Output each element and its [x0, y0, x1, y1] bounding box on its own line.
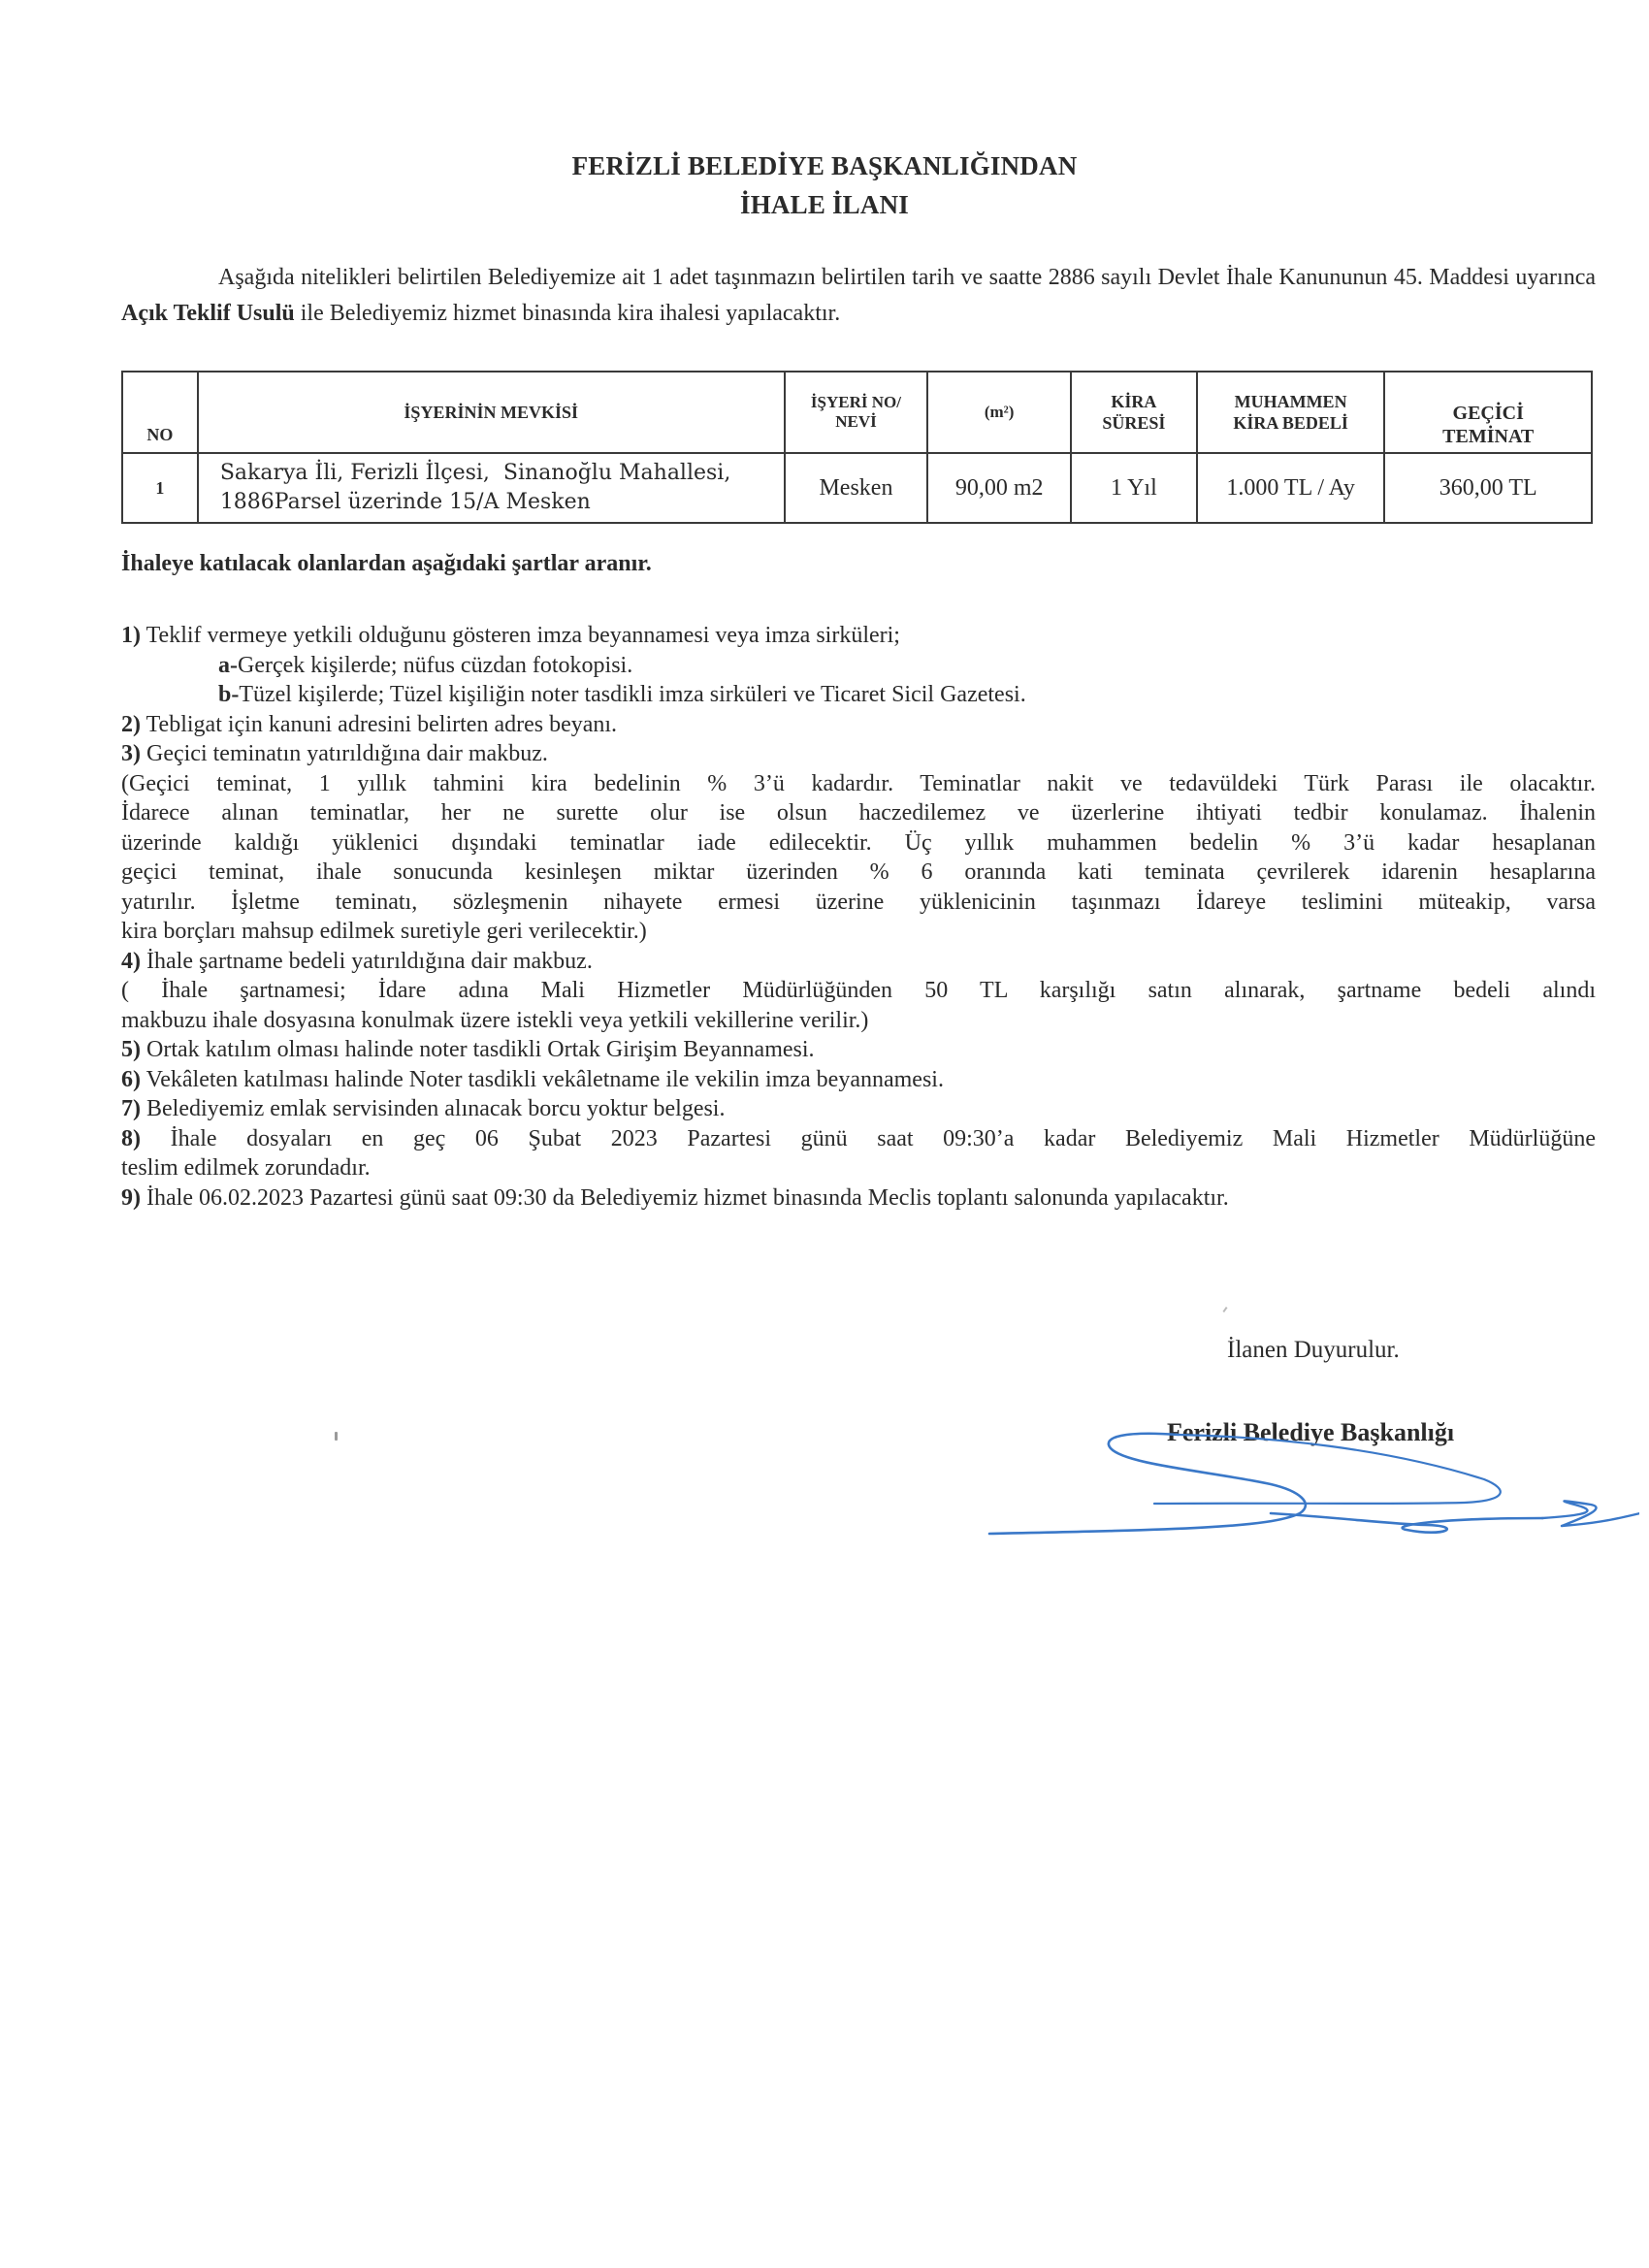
cell-area: 90,00 m2	[927, 453, 1071, 523]
intro-text-start: Aşağıda nitelikleri belirtilen Belediyem…	[218, 265, 1596, 290]
cell-type: Mesken	[785, 453, 928, 523]
cell-no: 1	[122, 453, 198, 523]
header-price: MUHAMMEN KİRA BEDELİ	[1197, 372, 1385, 453]
item-number: 2)	[121, 712, 141, 737]
cell-deposit: 360,00 TL	[1384, 453, 1592, 523]
item-number: 7)	[121, 1096, 141, 1121]
deposit-note-line: geçici teminat, ihale sonucunda kesinleş…	[121, 858, 1596, 888]
item-number: 5)	[121, 1037, 141, 1062]
property-table: NO İŞYERİNİN MEVKİSİ İŞYERİ NO/ NEVİ (m²…	[121, 371, 1593, 524]
header-type-line1: İŞYERİ NO/	[790, 393, 923, 412]
requirement-item-3: 3) Geçici teminatın yatırıldığına dair m…	[121, 739, 1596, 769]
requirements-heading: İhaleye katılacak olanlardan aşağıdaki ş…	[121, 551, 652, 577]
deposit-note-line: (Geçici teminat, 1 yıllık tahmini kira b…	[121, 769, 1596, 799]
item-text: Gerçek kişilerde; nüfus cüzdan fotokopis…	[238, 653, 632, 678]
item-text: Ortak katılım olması halinde noter tasdi…	[141, 1037, 815, 1062]
requirement-item-1: 1) Teklif vermeye yetkili olduğunu göste…	[121, 621, 1596, 651]
header-duration-line1: KİRA	[1076, 391, 1192, 412]
closing-statement: İlanen Duyurulur.	[1227, 1337, 1400, 1364]
specification-note-line: ( İhale şartnamesi; İdare adına Mali Hiz…	[121, 976, 1596, 1006]
requirement-item-4: 4) İhale şartname bedeli yatırıldığına d…	[121, 947, 1596, 977]
deposit-note-line: yatırılır. İşletme teminatı, sözleşmenin…	[121, 888, 1596, 918]
header-deposit-line1: GEÇİCİ	[1389, 402, 1587, 425]
requirement-item-7: 7) Belediyemiz emlak servisinden alınaca…	[121, 1094, 1596, 1124]
intro-bold-method: Açık Teklif Usulü	[121, 301, 295, 326]
requirement-item-8: 8) İhale dosyaları en geç 06 Şubat 2023 …	[121, 1124, 1596, 1154]
item-text: İhale dosyaları en geç 06 Şubat 2023 Paz…	[141, 1126, 1596, 1151]
item-number: 6)	[121, 1067, 141, 1092]
requirements-list: 1) Teklif vermeye yetkili olduğunu göste…	[121, 621, 1596, 1213]
deposit-note-line: kira borçları mahsup edilmek suretiyle g…	[121, 917, 1596, 947]
specification-note-line: makbuzu ihale dosyasına konulmak üzere i…	[121, 1006, 1596, 1036]
deposit-note-line: İdarece alınan teminatlar, her ne surett…	[121, 798, 1596, 828]
header-deposit-line2: TEMİNAT	[1389, 425, 1587, 448]
header-deposit: GEÇİCİ TEMİNAT	[1384, 372, 1592, 453]
requirement-item-6: 6) Vekâleten katılması halinde Noter tas…	[121, 1065, 1596, 1095]
requirement-item-1b: b-Tüzel kişilerde; Tüzel kişiliğin noter…	[121, 680, 1596, 710]
header-type-line2: NEVİ	[790, 412, 923, 432]
header-price-line1: MUHAMMEN	[1202, 391, 1380, 412]
cell-location-line1: Sakarya İli, Ferizli İlçesi, Sinanoğlu M…	[220, 459, 780, 488]
header-no: NO	[122, 372, 198, 453]
tender-announcement-page: FERİZLİ BELEDİYE BAŞKANLIĞINDAN İHALE İL…	[0, 0, 1649, 2268]
requirement-item-2: 2) Tebligat için kanuni adresini belirte…	[121, 710, 1596, 740]
requirement-item-8-cont: teslim edilmek zorundadır.	[121, 1153, 1596, 1183]
header-duration-line2: SÜRESİ	[1076, 412, 1192, 434]
item-letter: a-	[218, 653, 238, 678]
item-text: Vekâleten katılması halinde Noter tasdik…	[141, 1067, 944, 1092]
item-number: 9)	[121, 1185, 141, 1211]
deposit-note-line: üzerinde kaldığı yüklenici dışındaki tem…	[121, 828, 1596, 859]
document-subtitle: İHALE İLANI	[0, 190, 1649, 220]
header-duration: KİRA SÜRESİ	[1071, 372, 1197, 453]
cell-duration: 1 Yıl	[1071, 453, 1197, 523]
item-number: 8)	[121, 1126, 141, 1151]
item-text: İhale şartname bedeli yatırıldığına dair…	[141, 949, 593, 974]
requirement-item-5: 5) Ortak katılım olması halinde noter ta…	[121, 1035, 1596, 1065]
table-header-row: NO İŞYERİNİN MEVKİSİ İŞYERİ NO/ NEVİ (m²…	[122, 372, 1592, 453]
item-text: Belediyemiz emlak servisinden alınacak b…	[141, 1096, 725, 1121]
item-text: Teklif vermeye yetkili olduğunu gösteren…	[141, 623, 900, 648]
item-letter: b-	[218, 682, 239, 707]
table-row: 1 Sakarya İli, Ferizli İlçesi, Sinanoğlu…	[122, 453, 1592, 523]
header-price-line2: KİRA BEDELİ	[1202, 412, 1380, 434]
document-title: FERİZLİ BELEDİYE BAŞKANLIĞINDAN	[0, 151, 1649, 181]
scan-mark	[1222, 1307, 1227, 1312]
requirement-item-1a: a-Gerçek kişilerde; nüfus cüzdan fotokop…	[121, 651, 1596, 681]
item-text: Tebligat için kanuni adresini belirten a…	[141, 712, 617, 737]
intro-paragraph: Aşağıda nitelikleri belirtilen Belediyem…	[121, 260, 1596, 332]
item-text: Geçici teminatın yatırıldığına dair makb…	[141, 741, 548, 766]
header-type: İŞYERİ NO/ NEVİ	[785, 372, 928, 453]
handwritten-signature-icon	[980, 1411, 1639, 1567]
header-area: (m²)	[927, 372, 1071, 453]
scan-artifact	[335, 1432, 338, 1441]
cell-price: 1.000 TL / Ay	[1197, 453, 1385, 523]
item-number: 4)	[121, 949, 141, 974]
item-text: İhale 06.02.2023 Pazartesi günü saat 09:…	[141, 1185, 1229, 1211]
cell-location-line2: 1886Parsel üzerinde 15/A Mesken	[220, 488, 780, 517]
intro-text-end: ile Belediyemiz hizmet binasında kira ih…	[295, 301, 840, 326]
item-text: Tüzel kişilerde; Tüzel kişiliğin noter t…	[239, 682, 1025, 707]
header-location: İŞYERİNİN MEVKİSİ	[198, 372, 785, 453]
requirement-item-9: 9) İhale 06.02.2023 Pazartesi günü saat …	[121, 1183, 1596, 1214]
cell-location: Sakarya İli, Ferizli İlçesi, Sinanoğlu M…	[198, 453, 785, 523]
item-number: 1)	[121, 623, 141, 648]
item-number: 3)	[121, 741, 141, 766]
